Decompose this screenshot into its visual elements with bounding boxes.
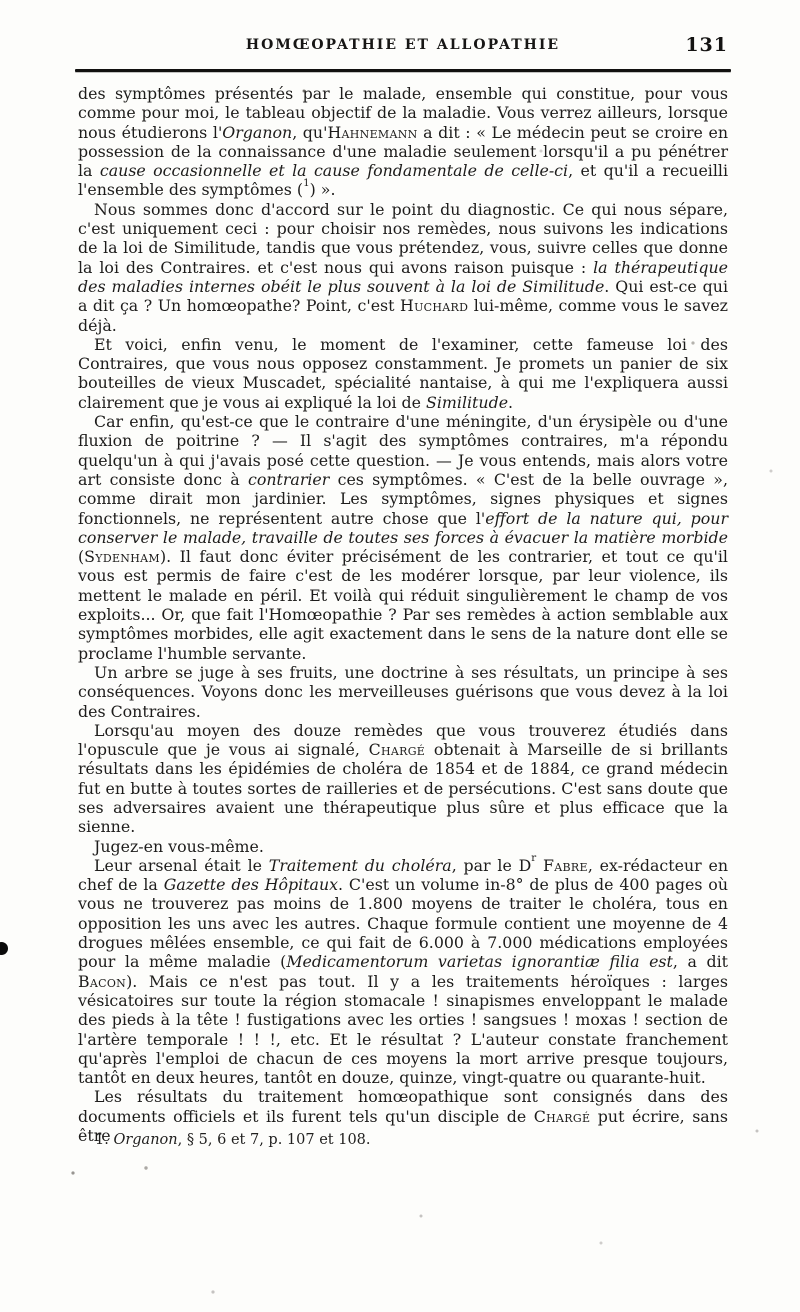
- italic-run: Medicamentorum varietas ignorantiæ filia…: [286, 952, 673, 971]
- header-rule: [75, 69, 731, 72]
- page-header: HOMŒOPATHIE ET ALLOPATHIE 131: [78, 34, 728, 58]
- paper-specks: [0, 0, 2, 2]
- paragraph: Leur arsenal était le Traitement du chol…: [78, 856, 728, 1088]
- superscript: r: [531, 852, 536, 864]
- text-run: Un arbre se juge à ses fruits, une doctr…: [78, 663, 728, 721]
- text-run: , par le D: [452, 856, 532, 875]
- italic-run: Similitude: [426, 393, 508, 412]
- proper-name: Huchard: [400, 296, 468, 315]
- footnote-text: 1. Organon, § 5, 6 et 7, p. 107 et 108.: [95, 1132, 371, 1148]
- proper-name: Bacon: [78, 972, 126, 991]
- book-page: HOMŒOPATHIE ET ALLOPATHIE 131 des symptô…: [0, 0, 800, 1312]
- proper-name: Chargé: [534, 1107, 591, 1126]
- ink-blot: [0, 942, 8, 955]
- paragraph: des symptômes présentés par le malade, e…: [78, 84, 728, 200]
- paragraph: Un arbre se juge à ses fruits, une doctr…: [78, 663, 728, 721]
- footnote: 1. Organon, § 5, 6 et 7, p. 107 et 108.: [95, 1131, 715, 1149]
- paragraph: Et voici, enfin venu, le moment de l'exa…: [78, 335, 728, 412]
- superscript: 1: [303, 177, 310, 189]
- proper-name: Chargé: [369, 740, 426, 759]
- paragraph: Nous sommes donc d'accord sur le point d…: [78, 200, 728, 335]
- text-run: Jugez-en vous-même.: [94, 837, 264, 856]
- text-run: , qu': [292, 123, 327, 142]
- italic-run: Traitement du choléra: [269, 856, 452, 875]
- italic-run: Gazette des Hôpitaux: [164, 875, 338, 894]
- text-run: .: [508, 393, 513, 412]
- text-run: 1.: [95, 1132, 113, 1148]
- text-run: ). Il faut donc éviter précisément de le…: [78, 547, 728, 662]
- text-run: Leur arsenal était le: [94, 856, 269, 875]
- text-run: , a dit: [673, 952, 728, 971]
- italic-run: cause occasionnelle et la cause fondamen…: [100, 161, 568, 180]
- running-title: HOMŒOPATHIE ET ALLOPATHIE: [78, 34, 728, 53]
- paragraph: Lorsqu'au moyen des douze remèdes que vo…: [78, 721, 728, 837]
- paragraph: Car enfin, qu'est-ce que le contraire d'…: [78, 412, 728, 663]
- italic-run: contrarier: [248, 470, 329, 489]
- text-run: [536, 856, 543, 875]
- proper-name: Hahnemann: [327, 123, 417, 142]
- text-run: , § 5, 6 et 7, p. 107 et 108.: [178, 1132, 371, 1148]
- proper-name: Sydenham: [84, 547, 160, 566]
- body-text: des symptômes présentés par le malade, e…: [78, 84, 728, 1145]
- paragraph: Jugez-en vous-même.: [78, 837, 728, 856]
- text-run: Et voici, enfin venu, le moment de l'exa…: [78, 335, 728, 412]
- proper-name: Fabre: [543, 856, 588, 875]
- text-run: ). Mais ce n'est pas tout. Il y a les tr…: [78, 972, 728, 1087]
- italic-run: Organon: [113, 1132, 177, 1148]
- text-run: ) ».: [310, 180, 336, 199]
- italic-run: Organon: [222, 123, 292, 142]
- page-number: 131: [685, 34, 728, 56]
